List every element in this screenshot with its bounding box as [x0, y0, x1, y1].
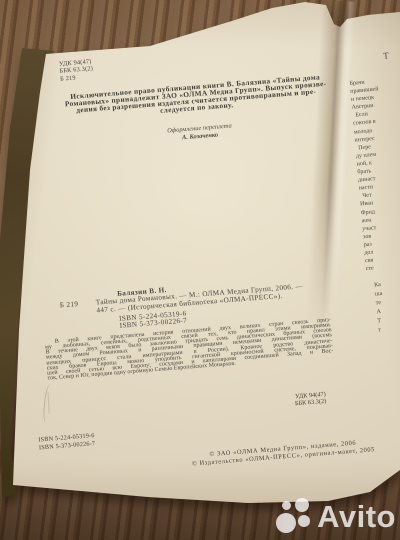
copyright-lines: © ЗАО «ОЛМА Медиа Групп», издание, 2006©… [154, 435, 400, 472]
next-page-lower-fragments: КашатеАТт [374, 276, 400, 335]
exclusive-rights-notice: Исключительное право публикации книги В.… [59, 73, 332, 122]
classification-codes-bottom: УДК 94(47)ББК 63.3(2) [226, 391, 327, 413]
photo-of-book-imprint-page: УДК 94(47)ББК 63.3(2)Б 219 Исключительно… [0, 0, 400, 540]
catalog-index: Б 219 [60, 300, 96, 310]
classification-codes-top: УДК 94(47)ББК 63.3(2)Б 219 [59, 58, 94, 83]
next-page-heading-fragment: Т [383, 48, 400, 61]
classification-code: Б 219 [60, 73, 94, 83]
avito-wordmark: Avito [317, 501, 396, 532]
avito-watermark: Avito [276, 498, 396, 535]
isbn-block-bottom: ISBN 5-224-05319-6ISBN 5-373-00226-7 [38, 432, 95, 452]
binding-design-credit: Оформление переплета А. Козаченко [129, 119, 270, 146]
avito-logo-icon [276, 498, 312, 535]
imprint-page-text: УДК 94(47)ББК 63.3(2)Б 219 Исключительно… [16, 2, 387, 513]
